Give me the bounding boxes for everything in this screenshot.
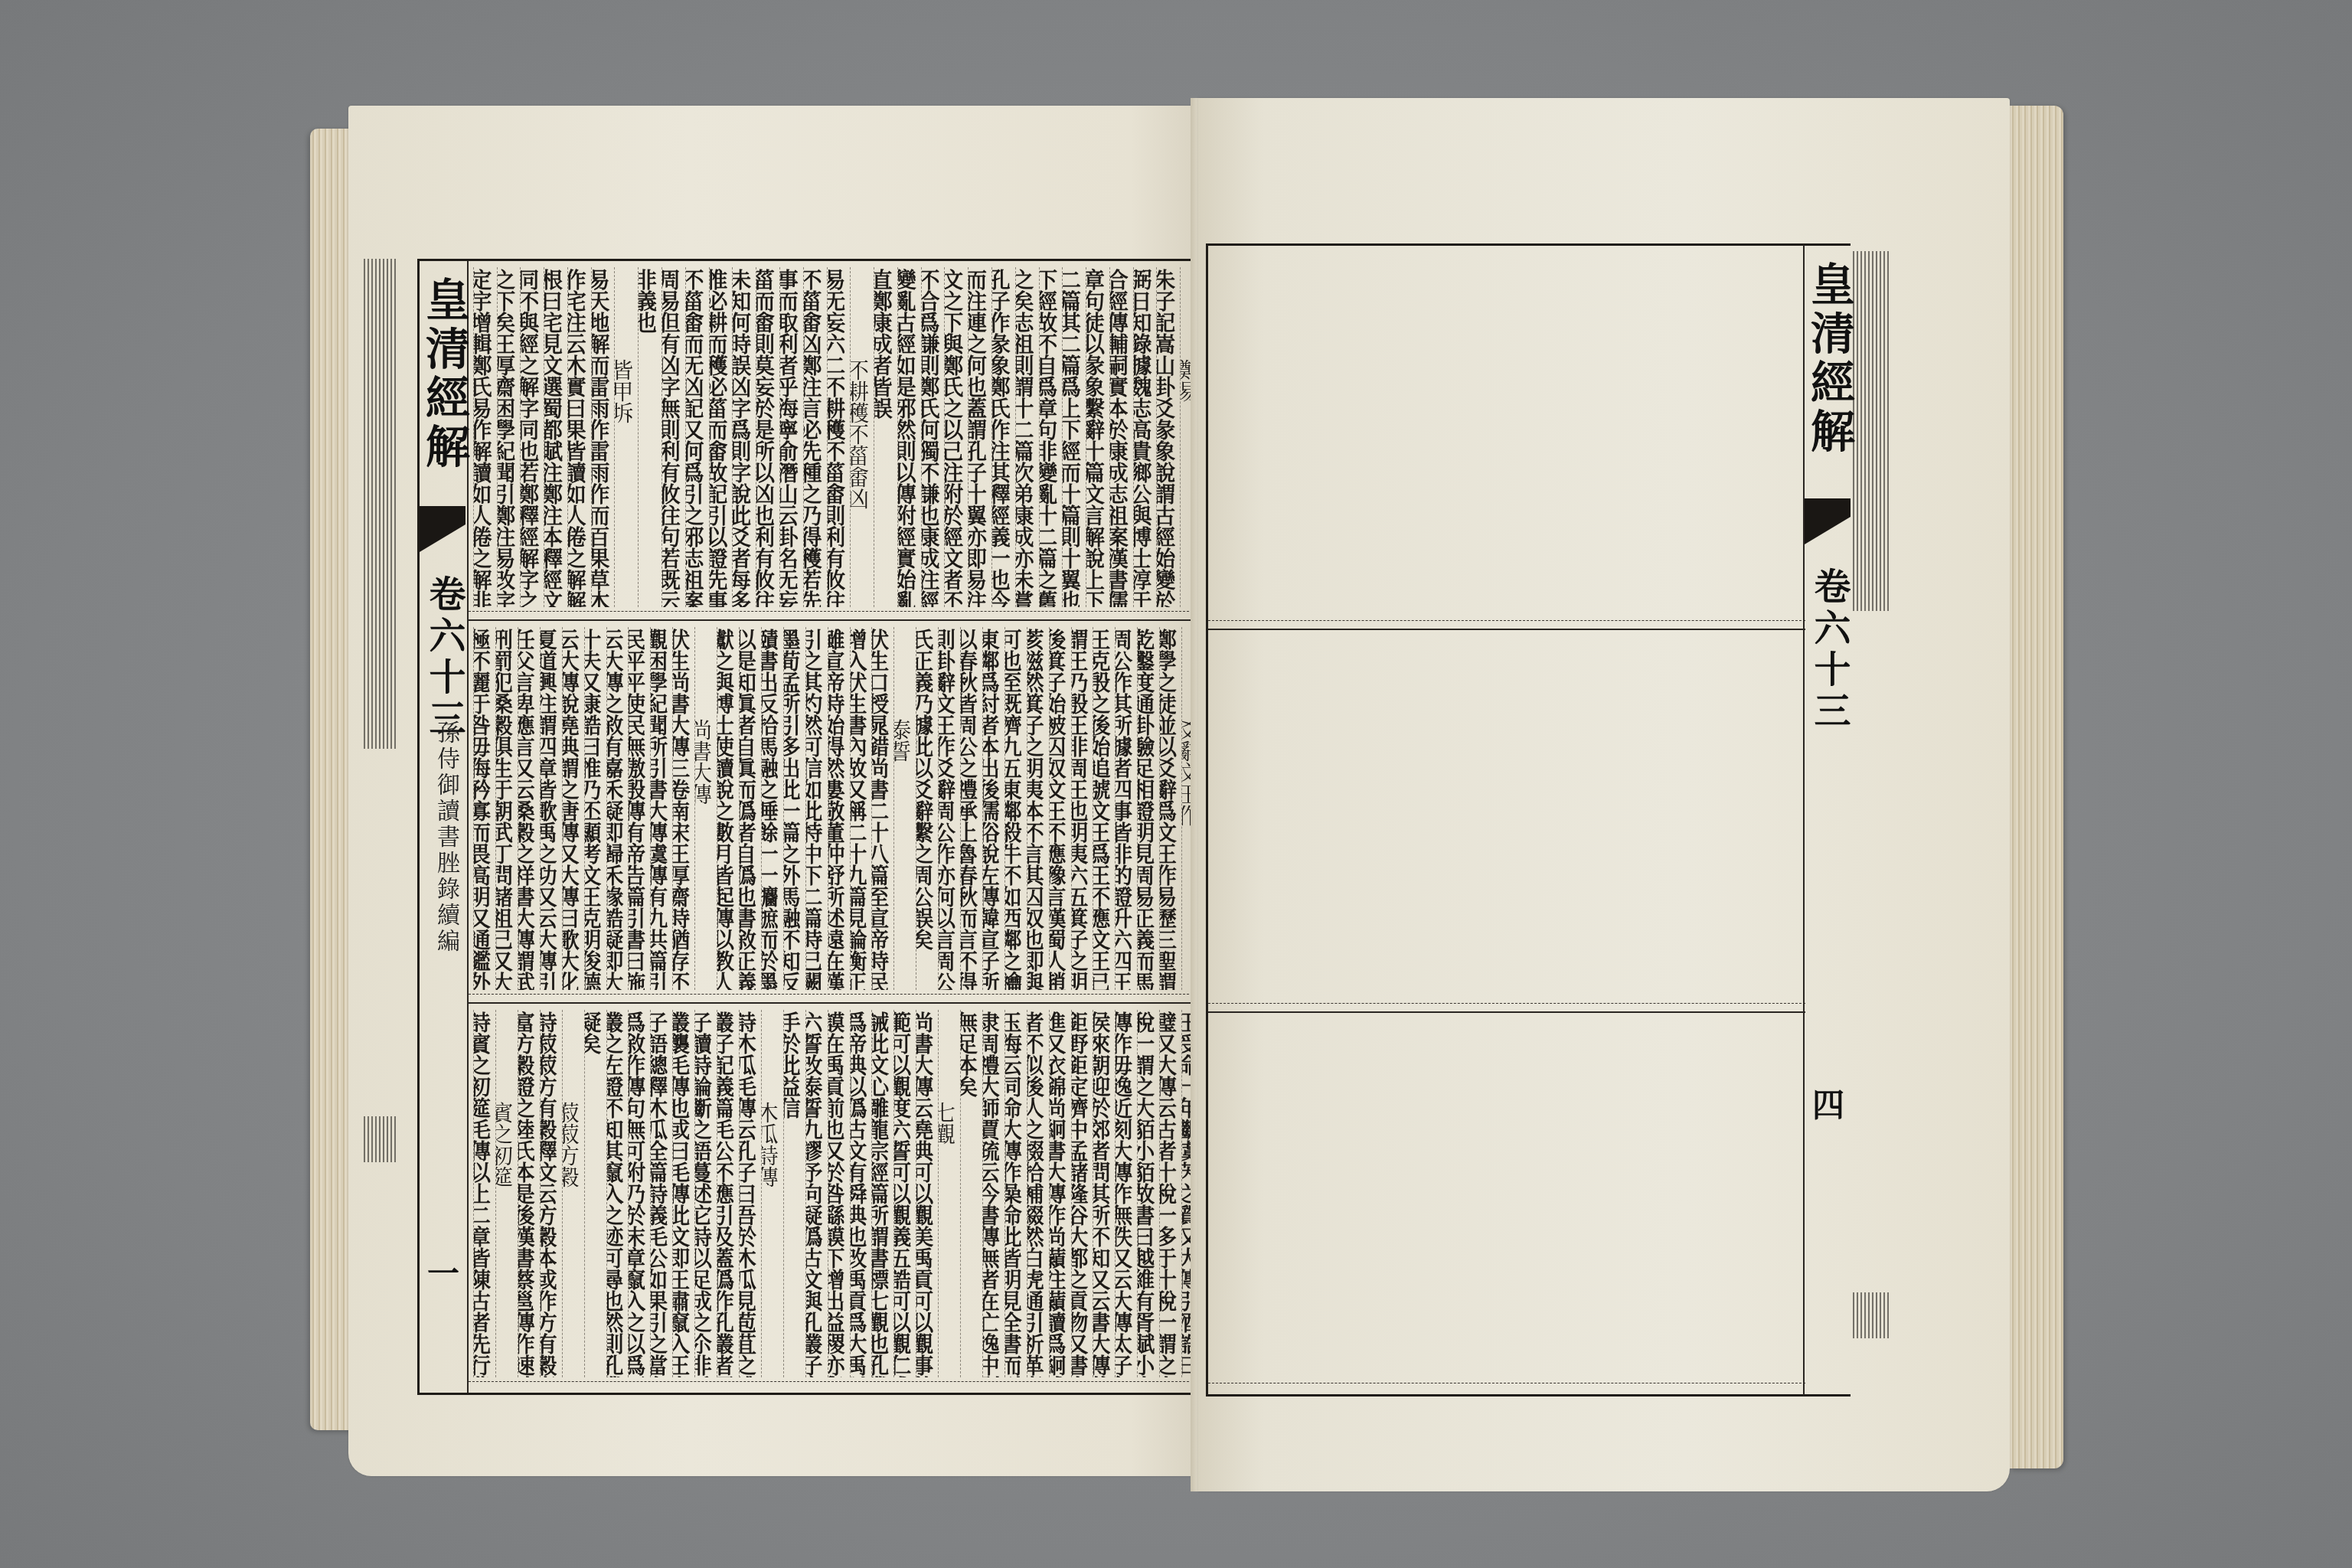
text-column: 可也至既濟九五東鄰殺牛不如西鄰之禴祭以西鄰爲文王 bbox=[1004, 627, 1027, 990]
right-fore-edge bbox=[2010, 106, 2063, 1468]
section-heading: 皆甲坼 bbox=[614, 267, 638, 607]
text-column: 稅一謂之大貊小貊故書曰越維有胥賦小大多政又無逸大 bbox=[1137, 1010, 1159, 1377]
text-column: 云大傳說堯典謂之唐傳又大傳曰歌大化大訓六府九原而 bbox=[562, 627, 584, 990]
text-column: 六誓改泰誓九謬予向疑僞古文與孔叢子家語皆出王肅一 bbox=[805, 1010, 828, 1377]
section-heading: 尚書大傳 bbox=[694, 627, 717, 990]
text-column: 以是知眞者自眞而僞者自僞也書敘正義引劉向別錄曰武帝末民有得泰誓於壁內者 bbox=[739, 627, 761, 990]
text-column: 詩菽菽方有穀釋文云方穀本或作方有穀者非也案以書既 bbox=[540, 1010, 562, 1377]
text-column: 侯來朝迎於郊者問其所不知又云書大傳載四海河江五湖 bbox=[1093, 1010, 1115, 1377]
section-heading: 賓之初筵 bbox=[495, 1010, 518, 1377]
text-column: 周公作其所據者四事皆非的證升六四王用享于岐山謂武 bbox=[1115, 627, 1137, 990]
text-column: 伏生口授晁錯尚書二十八篇至宣帝時民間又得泰誓一篇 bbox=[871, 627, 893, 990]
lower-text-block: 王受命一年斷虞芮之質又大傳引酒誥曰王曰封唯曰若圭璧又大傳云古者十稅一多于十稅一謂… bbox=[469, 1004, 1208, 1390]
middle-text-columns: 爻辭文王作鄭學之徒並以爻辭爲文王作易歷三聖謂伏犧文王孔子也乾鑿度通卦驗足相證明見… bbox=[473, 627, 1204, 990]
text-column: 璧又大傳云古者十稅一多于十稅一謂之大桀小桀少于十 bbox=[1159, 1010, 1181, 1377]
open-book: 皇清經解 卷六十三 孫侍御讀書脞錄續編 一 鄭易朱子記嵩山卦爻彖象說謂古經始變於… bbox=[302, 98, 2063, 1507]
section-heading: 不耕穫不菑畬凶 bbox=[850, 267, 874, 607]
section-heading: 木瓜詩傳 bbox=[761, 1010, 783, 1377]
text-column: 者不似後人之掇拾補綴然白虎通引祈革耆以穰今禮樂篇作振貸 bbox=[1027, 1010, 1049, 1377]
text-column: 合經傳輔嗣實本於康成志祖案漢書儒林傳云費直治易無 bbox=[1109, 267, 1133, 607]
text-column: 章句徒以彖象繫辭十篇文言解說上下經藝文志易經十 bbox=[1086, 267, 1109, 607]
text-column: 文之下與鄭氏之以己注附於經文者不同故帝云若聖人以 bbox=[944, 267, 968, 607]
margin-work-title: 孫侍御讀書脞錄續編 bbox=[429, 720, 462, 955]
text-column: 作宅注云木實曰果皆讀如人倦之解解謂坼呼火亞反皮曰甲 bbox=[567, 267, 591, 607]
text-column: 玉海云同命大傳作喿命此皆明見全書而引之當作穎見儀禮士昏禮 bbox=[1004, 1010, 1027, 1377]
text-column: 二篇其二篇爲上下經而十篇則十翼也費直以十翼本解上 bbox=[1062, 267, 1086, 607]
text-column: 菑而畬則莫妄於是所以凶也利有攸往利往而耕之菑之也 bbox=[756, 267, 779, 607]
text-column: 不菑畬凶鄭注言必先種之乃得穫若先菑乃得畬也安有無 bbox=[803, 267, 827, 607]
section-heading: 七觀 bbox=[938, 1010, 960, 1377]
text-column: 傳作毋逸近刻大傳作無佚又云大傳太子年十八曰孟侯於四方諸 bbox=[1115, 1010, 1137, 1377]
text-column: 爲帝典以僞古文有舜典也改禹貢爲大禹以僞古文有大禹 bbox=[850, 1010, 872, 1377]
left-page: 皇清經解 卷六十三 孫侍御讀書脞錄續編 一 鄭易朱子記嵩山卦爻彖象說謂古經始變於… bbox=[348, 106, 1198, 1476]
text-column: 云大傳之敘有嘉禾疑即歸禾掾誥疑即大誥又云大傳大誥曰民儀有 bbox=[606, 627, 629, 990]
text-column: 以春秋皆周公之禮承上魯春秋而言不得專屬之易象也否 bbox=[960, 627, 982, 990]
fish-tail-ornament bbox=[1805, 498, 1851, 544]
text-column: 定宇增輯鄭氏易作解讀如人倦之解非是 bbox=[473, 267, 497, 607]
text-column: 朱子記嵩山卦爻彖象說謂古經始變於費氏而卒大亂於王 bbox=[1156, 267, 1180, 607]
text-column: 夏道興注謂四章皆歌禹之功又云大傳引盤庚若德明哉湯 bbox=[540, 627, 562, 990]
right-margin-series-title: 皇清經解 bbox=[1806, 261, 1852, 457]
section-heading: 菽菽方穀 bbox=[562, 1010, 584, 1377]
text-column: 之下矣王厚齋困學紀聞引鄭注易改字皆讀如解不誤近惠 bbox=[497, 267, 521, 607]
text-column: 乾鑿度通卦驗足相證明見周易正義而馬融陸績等則以爻辭爲 bbox=[1137, 627, 1159, 990]
text-column: 鄭學之徒並以爻辭爲文王作易歷三聖謂伏犧文王孔子也 bbox=[1159, 627, 1181, 990]
text-column: 變亂古經如是邪然則以傳附經實始亂於王弼以爲始於費 bbox=[897, 267, 921, 607]
right-page-frame bbox=[1206, 243, 1805, 1396]
left-page-margin-column: 皇清經解 卷六十三 孫侍御讀書脞錄續編 一 bbox=[420, 261, 469, 1393]
fish-tail-ornament bbox=[420, 506, 465, 552]
text-column: 周易但有凶字無則利有攸往句若既云凶又云利有攸往恐 bbox=[661, 267, 685, 607]
text-column: 富方穀證之陸氏本是後漢書蔡邕傳作速速方穀亦無有字 bbox=[518, 1010, 540, 1377]
text-column: 誡此文心雕龍宗經篇所謂書標七觀也孔叢子論書改堯典 bbox=[871, 1010, 893, 1377]
text-column: 而注連之何也蓋謂孔子十翼亦即易注仍自爲一書不附經 bbox=[968, 267, 991, 607]
right-margin-volume-label: 卷六十三 bbox=[1806, 567, 1852, 733]
text-column: 叢子記義篇毛公不應引及蓋僞作孔叢者因毛傳此文撰孔 bbox=[717, 1010, 739, 1377]
text-column: 惟必耕而穫必菑而畬故記引以證先事後祿之義若不耕穫 bbox=[709, 267, 733, 607]
margin-series-title: 皇清經解 bbox=[421, 276, 467, 472]
text-column: 詩賓之初筵毛傳以上二章皆陳古者先行燕禮後爲燕射無 bbox=[473, 1010, 495, 1377]
bleed-through-ink bbox=[1853, 251, 1891, 611]
text-column: 觀困學紀聞所引書大傳虞傳有九共篇引書曰予辯下土使 bbox=[650, 627, 672, 990]
right-page-number: 四 bbox=[1812, 1080, 1844, 1126]
text-column: 之矣志祖則謂十二篇次弟康成亦未嘗改易高貴鄉公所云 bbox=[1015, 267, 1039, 607]
text-column: 弼日知錄據魏志高貴鄉公與博士淳于俊問對之語以爲連 bbox=[1133, 267, 1157, 607]
bleed-through-ink bbox=[364, 259, 397, 749]
text-column: 不合爲謙則鄭氏何獨不謙也康成注經未嘗輕改一字寧有 bbox=[921, 267, 945, 607]
text-column: 下經故不自爲章句非變亂十二篇之舊也戴東原先生嘗辨 bbox=[1039, 267, 1063, 607]
text-column: 未知何時誤凶字爲則字說此爻者每多周旋委曲之詞不知 bbox=[732, 267, 756, 607]
text-column: 尚書大傳云堯典可以觀美禹貢可以觀事咎繇可以觀治鴻 bbox=[916, 1010, 938, 1377]
text-column: 叢之左證不知其竄入之迹可尋也然則孔叢亦王肅所撰無 bbox=[606, 1010, 629, 1377]
text-column: 非義也 bbox=[638, 267, 661, 607]
text-column: 子讀詩論斷之語蔓述它詩以足成之尒非毛傳引孔叢乃孔 bbox=[694, 1010, 717, 1377]
section-heading: 泰誓 bbox=[893, 627, 916, 990]
text-column: 根曰宅見文選蜀都賦注鄭注本釋經文皆字之讀人倦之解與懈字 bbox=[544, 267, 567, 607]
text-column: 子語總釋木瓜全篇詩義毛公如果引之當在敘下肅知毛不 bbox=[650, 1010, 672, 1377]
text-column: 氏正義乃據此以爻辭繫之周公誤矣 bbox=[916, 627, 938, 990]
text-column: 易天地解而雷雨作雷雨作而百果草木皆甲坼鄭氏易本坼 bbox=[591, 267, 615, 607]
text-column: 引之其灼然可信如此特中下二篇時已闕佚故左傳國語管 bbox=[805, 627, 828, 990]
text-column: 詩木瓜毛傳云孔子曰吾於木瓜見苞苴之禮行案此語見孔 bbox=[739, 1010, 761, 1377]
text-column: 王克殷之後始追號文王爲王不應文王已自稱王不知此所 bbox=[1093, 627, 1115, 990]
text-column: 極不麗于咎毋侮矜寡而畏高明又通鑑外紀引尚書大傳文 bbox=[473, 627, 495, 990]
left-page-frame: 皇清經解 卷六十三 孫侍御讀書脞錄續編 一 鄭易朱子記嵩山卦爻彖象說謂古經始變於… bbox=[417, 259, 1210, 1395]
text-column: 民平平使民無傲殷傳有帝告篇引書曰施章乃服明上下又 bbox=[628, 627, 650, 990]
text-column: 孔子作彖象鄭氏作注其釋經義一也今彖象不與經文相連 bbox=[991, 267, 1015, 607]
text-column: 直鄭康成者皆誤 bbox=[874, 267, 897, 607]
margin-volume-label: 卷六十三 bbox=[421, 575, 467, 740]
text-column: 雖宣帝時始得然婁敬董仲舒所述遠在漢初且伏生大傳亦 bbox=[828, 627, 850, 990]
text-column: 增入伏生書內故又稱二十九篇見論衡正說篇此一篇乃真泰誓也 bbox=[850, 627, 872, 990]
text-column: 墨荀孟所引多出此一篇之外馬融不知反詆其淺露於是梅 bbox=[783, 627, 805, 990]
text-column: 獻之與博士使讀說之數月皆起傳以教人 bbox=[717, 627, 739, 990]
text-column: 則卦辭文王作爻辭周公作亦何以言周公而不及文王乎孔 bbox=[938, 627, 960, 990]
text-column: 荄滋然箕子之明夷本不言其囚奴也即與彖傳同文亦無不 bbox=[1027, 627, 1049, 990]
middle-text-block: 爻辭文王作鄭學之徒並以爻辭爲文王作易歷三聖謂伏犧文王孔子也乾鑿度通卦驗足相證明見… bbox=[469, 621, 1208, 1004]
text-column: 易无妄六二不耕穫不菑畬則利有攸往禮坊記引作不耕穫 bbox=[827, 267, 851, 607]
bleed-through-ink bbox=[1853, 1292, 1891, 1338]
right-page-margin-column: 皇清經解 卷六十三 四 bbox=[1803, 243, 1851, 1396]
text-column: 後箕子始被囚奴文王不應豫言漢蜀人趙賓乃欲改箕子爲 bbox=[1049, 627, 1071, 990]
text-column: 賾書出反拾馬融之唾餘一一攟摭而於墨子所引猶有遺者 bbox=[761, 627, 783, 990]
text-column: 伏生尚書大傳三卷南宋王厚齋時猶存不知何時始佚也今 bbox=[672, 627, 694, 990]
text-column: 疑矣 bbox=[584, 1010, 606, 1377]
bleed-through-ink bbox=[364, 1116, 397, 1162]
text-column: 手於此益信 bbox=[783, 1010, 805, 1377]
text-column: 同不與經之解字同也若鄭釋經解字之讀不應在木實曰果 bbox=[520, 267, 544, 607]
upper-text-columns: 鄭易朱子記嵩山卦爻彖象說謂古經始變於費氏而卒大亂於王弼日知錄據魏志高貴鄉公與博士… bbox=[473, 267, 1204, 607]
right-upper-box bbox=[1208, 246, 1805, 630]
text-column: 無足本矣 bbox=[960, 1010, 982, 1377]
left-page-number: 一 bbox=[427, 1249, 459, 1295]
text-column: 爲敘作傳句無可附乃於末章竄入之以爲西京大儒蚤讀孔 bbox=[628, 1010, 650, 1377]
text-column: 十夫又康誥曰惟乃丕顯考文王克明俊德費誓大傳作鮮又 bbox=[584, 627, 606, 990]
upper-text-block: 鄭易朱子記嵩山卦爻彖象說謂古經始變於費氏而卒大亂於王弼日知錄據魏志高貴鄉公與博士… bbox=[469, 261, 1208, 621]
text-column: 鉅野鉅定濟中孟諸隆谷大都之貢物又書大傳子夏棊棋而 bbox=[1071, 1010, 1093, 1377]
text-column: 範可以觀度六誓可以觀義五誥可以觀仁甫刑可以觀誡作 bbox=[893, 1010, 916, 1377]
text-column: 不菑畬而无凶記又何爲引之邪志祖案俞說甚是竊疑古本 bbox=[685, 267, 709, 607]
text-column: 謂王乃殷王非周王也明夷六五箕子之明夷謂武王觀兵之 bbox=[1071, 627, 1093, 990]
text-column: 謨在禹貢前也又於咎繇謨下增出益稷亦與僞古文符合至 bbox=[828, 1010, 850, 1377]
text-column: 事而取利者乎海寧俞潛山云卦名无妄若不耕而穫不 bbox=[779, 267, 803, 607]
right-middle-box bbox=[1208, 630, 1805, 1013]
text-column: 叢襲毛傳也或曰毛傳此文即王肅竄入王肅竄改毛傳見孔廣抱經龍城札記 bbox=[672, 1010, 694, 1377]
text-column: 刑罰犯桑穀俱生于朝武丁問諸祖己又大傳洪範曰不叶于 bbox=[495, 627, 518, 990]
text-column: 隶周禮大師賈疏云今書傳無者在亡逸中則知唐時大傳已 bbox=[982, 1010, 1004, 1377]
right-lower-box bbox=[1208, 1013, 1805, 1391]
text-column: 東鄰爲紂者本出後儒俗說左傳韓宣子所云周公之德者乃 bbox=[982, 627, 1004, 990]
lower-text-columns: 王受命一年斷虞芮之質又大傳引酒誥曰王曰封唯曰若圭璧又大傳云古者十稅一多于十稅一謂… bbox=[473, 1010, 1204, 1377]
text-column: 進又衣錦尚絅書大傳作尚蘔注蘔讀爲絅或爲絺攷字書無蘔字疑蘔 bbox=[1049, 1010, 1071, 1377]
text-column: 任父言卑應言又云桑穀之祥書大傳謂武丁之時先王道虧 bbox=[518, 627, 540, 990]
